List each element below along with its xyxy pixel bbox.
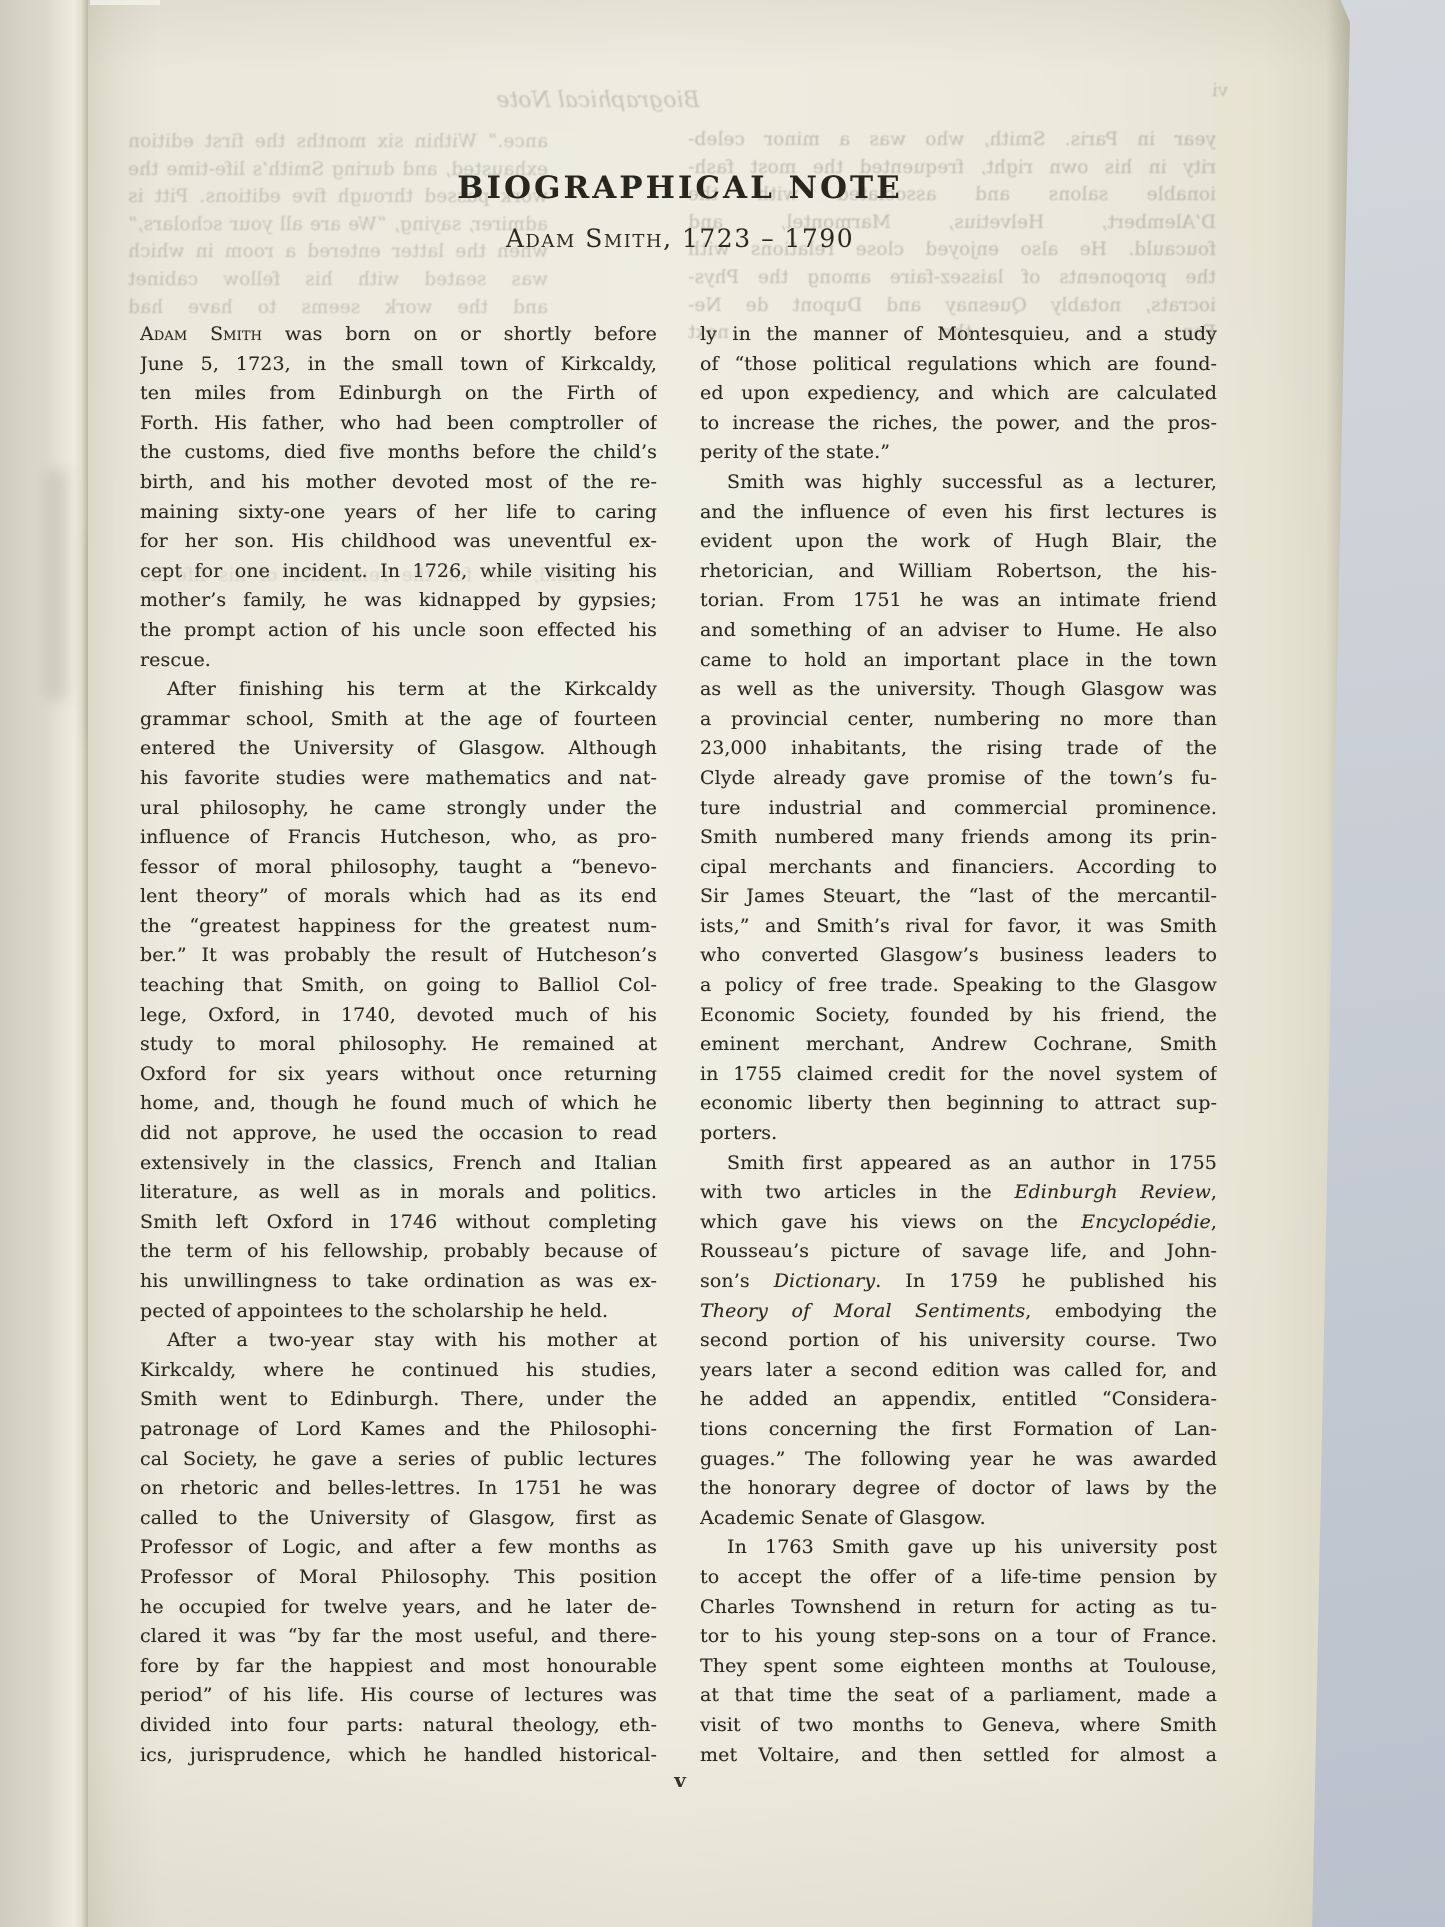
text-line: second portion of his university course.…: [700, 1326, 1217, 1356]
text-line: tor to his young step-sons on a tour of …: [700, 1622, 1217, 1652]
text-line: economic liberty then beginning to attra…: [700, 1089, 1217, 1119]
text-line: a provincial center, numbering no more t…: [700, 705, 1217, 735]
text-line: of “those political regulations which ar…: [700, 350, 1217, 380]
text-line: Theory of Moral Sentiments, embodying th…: [700, 1297, 1217, 1327]
text-line: called to the University of Glasgow, fir…: [140, 1504, 657, 1534]
text-line: study to moral philosophy. He remained a…: [140, 1030, 657, 1060]
text-line: Kirkcaldy, where he continued his studie…: [140, 1356, 657, 1386]
text-line: fore by far the happiest and most honour…: [140, 1652, 657, 1682]
text-line: Professor of Moral Philosophy. This posi…: [140, 1563, 657, 1593]
text-line: 23,000 inhabitants, the rising trade of …: [700, 734, 1217, 764]
text-line: to increase the riches, the power, and t…: [700, 409, 1217, 439]
text-line: ics, jurisprudence, which he handled his…: [140, 1741, 657, 1771]
text-line: tions concerning the first Formation of …: [700, 1415, 1217, 1445]
text-line: his unwillingness to take ordination as …: [140, 1267, 657, 1297]
text-line: lege, Oxford, in 1740, devoted much of h…: [140, 1001, 657, 1031]
text-line: After finishing his term at the Kirkcald…: [140, 675, 657, 705]
bleedthrough-line: ance.” Within six months the first editi…: [128, 128, 548, 156]
page-content: Biographical Note vi ance.” Within six m…: [88, 0, 1352, 1927]
text-line: grammar school, Smith at the age of four…: [140, 705, 657, 735]
text-line: torian. From 1751 he was an intimate fri…: [700, 586, 1217, 616]
text-line: patronage of Lord Kames and the Philosop…: [140, 1415, 657, 1445]
right-column: ly in the manner of Montesquieu, and a s…: [700, 320, 1217, 1770]
text-line: Smith first appeared as an author in 175…: [700, 1149, 1217, 1179]
text-line: son’s Dictionary. In 1759 he published h…: [700, 1267, 1217, 1297]
text-line: on rhetoric and belles-lettres. In 1751 …: [140, 1474, 657, 1504]
text-line: extensively in the classics, French and …: [140, 1149, 657, 1179]
text-line: Sir James Steuart, the “last of the merc…: [700, 882, 1217, 912]
page-title: BIOGRAPHICAL NOTE: [140, 170, 1220, 206]
text-line: Adam Smith was born on or shortly before: [140, 320, 657, 350]
text-line: the customs, died five months before the…: [140, 438, 657, 468]
text-line: in 1755 claimed credit for the novel sys…: [700, 1060, 1217, 1090]
text-line: the honorary degree of doctor of laws by…: [700, 1474, 1217, 1504]
text-line: evident upon the work of Hugh Blair, the: [700, 527, 1217, 557]
text-line: he occupied for twelve years, and he lat…: [140, 1593, 657, 1623]
text-line: period” of his life. His course of lectu…: [140, 1681, 657, 1711]
text-line: Smith was highly successful as a lecture…: [700, 468, 1217, 498]
text-line: influence of Francis Hutcheson, who, as …: [140, 823, 657, 853]
text-line: home, and, though he found much of which…: [140, 1089, 657, 1119]
text-line: ture industrial and commercial prominenc…: [700, 794, 1217, 824]
text-line: Academic Senate of Glasgow.: [700, 1504, 1217, 1534]
text-line: rhetorician, and William Robertson, the …: [700, 557, 1217, 587]
bleedthrough-page-number: vi: [1168, 80, 1228, 101]
text-line: fessor of moral philosophy, taught a “be…: [140, 853, 657, 883]
text-line: who converted Glasgow’s business leaders…: [700, 941, 1217, 971]
text-line: and the influence of even his first lect…: [700, 498, 1217, 528]
text-line: cipal merchants and financiers. Accordin…: [700, 853, 1217, 883]
text-line: perity of the state.”: [700, 438, 1217, 468]
text-line: Forth. His father, who had been comptrol…: [140, 409, 657, 439]
text-line: After a two-year stay with his mother at: [140, 1326, 657, 1356]
bleedthrough-line: was seated with his fellow cabinet membe…: [128, 266, 548, 294]
text-line: lent theory” of morals which had as its …: [140, 882, 657, 912]
text-line: teaching that Smith, on going to Balliol…: [140, 971, 657, 1001]
subtitle-years: 1723 – 1790: [673, 224, 855, 253]
bleedthrough-line: the proponents of laissez-faire among th…: [688, 264, 1216, 292]
text-line: In 1763 Smith gave up his university pos…: [700, 1533, 1217, 1563]
text-line: Professor of Logic, and after a few mont…: [140, 1533, 657, 1563]
text-line: the prompt action of his uncle soon effe…: [140, 616, 657, 646]
text-line: which gave his views on the Encyclopédie…: [700, 1208, 1217, 1238]
text-line: Smith numbered many friends among its pr…: [700, 823, 1217, 853]
text-line: Clyde already gave promise of the town’s…: [700, 764, 1217, 794]
text-line: pected of appointees to the scholarship …: [140, 1297, 657, 1327]
text-line: he added an appendix, entitled “Consider…: [700, 1385, 1217, 1415]
subtitle-name: Adam Smith,: [506, 224, 673, 253]
bleedthrough-line: iocrats, notably Quesnay and Dupont de N…: [688, 292, 1216, 320]
text-line: Rousseau’s picture of savage life, and J…: [700, 1237, 1217, 1267]
text-line: and something of an adviser to Hume. He …: [700, 616, 1217, 646]
text-line: clared it was “by far the most useful, a…: [140, 1622, 657, 1652]
text-line: years later a second edition was called …: [700, 1356, 1217, 1386]
text-line: Charles Townshend in return for acting a…: [700, 1593, 1217, 1623]
text-line: guages.” The following year he was award…: [700, 1445, 1217, 1475]
book-gutter-edge: [0, 0, 92, 1927]
text-line: mother’s family, he was kidnapped by gyp…: [140, 586, 657, 616]
text-line: maining sixty-one years of her life to c…: [140, 498, 657, 528]
text-line: Oxford for six years without once return…: [140, 1060, 657, 1090]
text-line: Economic Society, founded by his friend,…: [700, 1001, 1217, 1031]
text-line: with two articles in the Edinburgh Revie…: [700, 1178, 1217, 1208]
text-line: ten miles from Edinburgh on the Firth of: [140, 379, 657, 409]
text-line: ly in the manner of Montesquieu, and a s…: [700, 320, 1217, 350]
text-line: met Voltaire, and then settled for almos…: [700, 1741, 1217, 1771]
page-number: v: [140, 1768, 1220, 1792]
text-line: the “greatest happiness for the greatest…: [140, 912, 657, 942]
bleedthrough-line: and the work seems to have had considera…: [128, 294, 548, 322]
text-line: literature, as well as in morals and pol…: [140, 1178, 657, 1208]
left-column: Adam Smith was born on or shortly before…: [140, 320, 657, 1770]
text-line: did not approve, he used the occasion to…: [140, 1119, 657, 1149]
text-line: to accept the offer of a life-time pensi…: [700, 1563, 1217, 1593]
text-line: cept for one incident. In 1726, while vi…: [140, 557, 657, 587]
text-line: entered the University of Glasgow. Altho…: [140, 734, 657, 764]
bleedthrough-line: year in Paris. Smith, who was a minor ce…: [688, 126, 1216, 154]
text-line: cal Society, he gave a series of public …: [140, 1445, 657, 1475]
text-line: visit of two months to Geneva, where Smi…: [700, 1711, 1217, 1741]
text-line: his favorite studies were mathematics an…: [140, 764, 657, 794]
text-line: porters.: [700, 1119, 1217, 1149]
page-subtitle: Adam Smith, 1723 – 1790: [140, 224, 1220, 253]
text-line: June 5, 1723, in the small town of Kirkc…: [140, 350, 657, 380]
text-line: for her son. His childhood was uneventfu…: [140, 527, 657, 557]
text-line: They spent some eighteen months at Toulo…: [700, 1652, 1217, 1682]
text-line: divided into four parts: natural theolog…: [140, 1711, 657, 1741]
text-line: eminent merchant, Andrew Cochrane, Smith: [700, 1030, 1217, 1060]
text-line: came to hold an important place in the t…: [700, 646, 1217, 676]
text-line: ed upon expediency, and which are calcul…: [700, 379, 1217, 409]
text-line: ural philosophy, he came strongly under …: [140, 794, 657, 824]
text-line: as well as the university. Though Glasgo…: [700, 675, 1217, 705]
text-line: a policy of free trade. Speaking to the …: [700, 971, 1217, 1001]
text-line: Smith left Oxford in 1746 without comple…: [140, 1208, 657, 1238]
bleedthrough-running-header: Biographical Note: [448, 88, 748, 113]
text-line: ber.” It was probably the result of Hutc…: [140, 941, 657, 971]
text-line: birth, and his mother devoted most of th…: [140, 468, 657, 498]
text-line: rescue.: [140, 646, 657, 676]
text-line: the term of his fellowship, probably bec…: [140, 1237, 657, 1267]
text-line: Smith went to Edinburgh. There, under th…: [140, 1385, 657, 1415]
text-line: at that time the seat of a parliament, m…: [700, 1681, 1217, 1711]
text-line: ists,” and Smith’s rival for favor, it w…: [700, 912, 1217, 942]
